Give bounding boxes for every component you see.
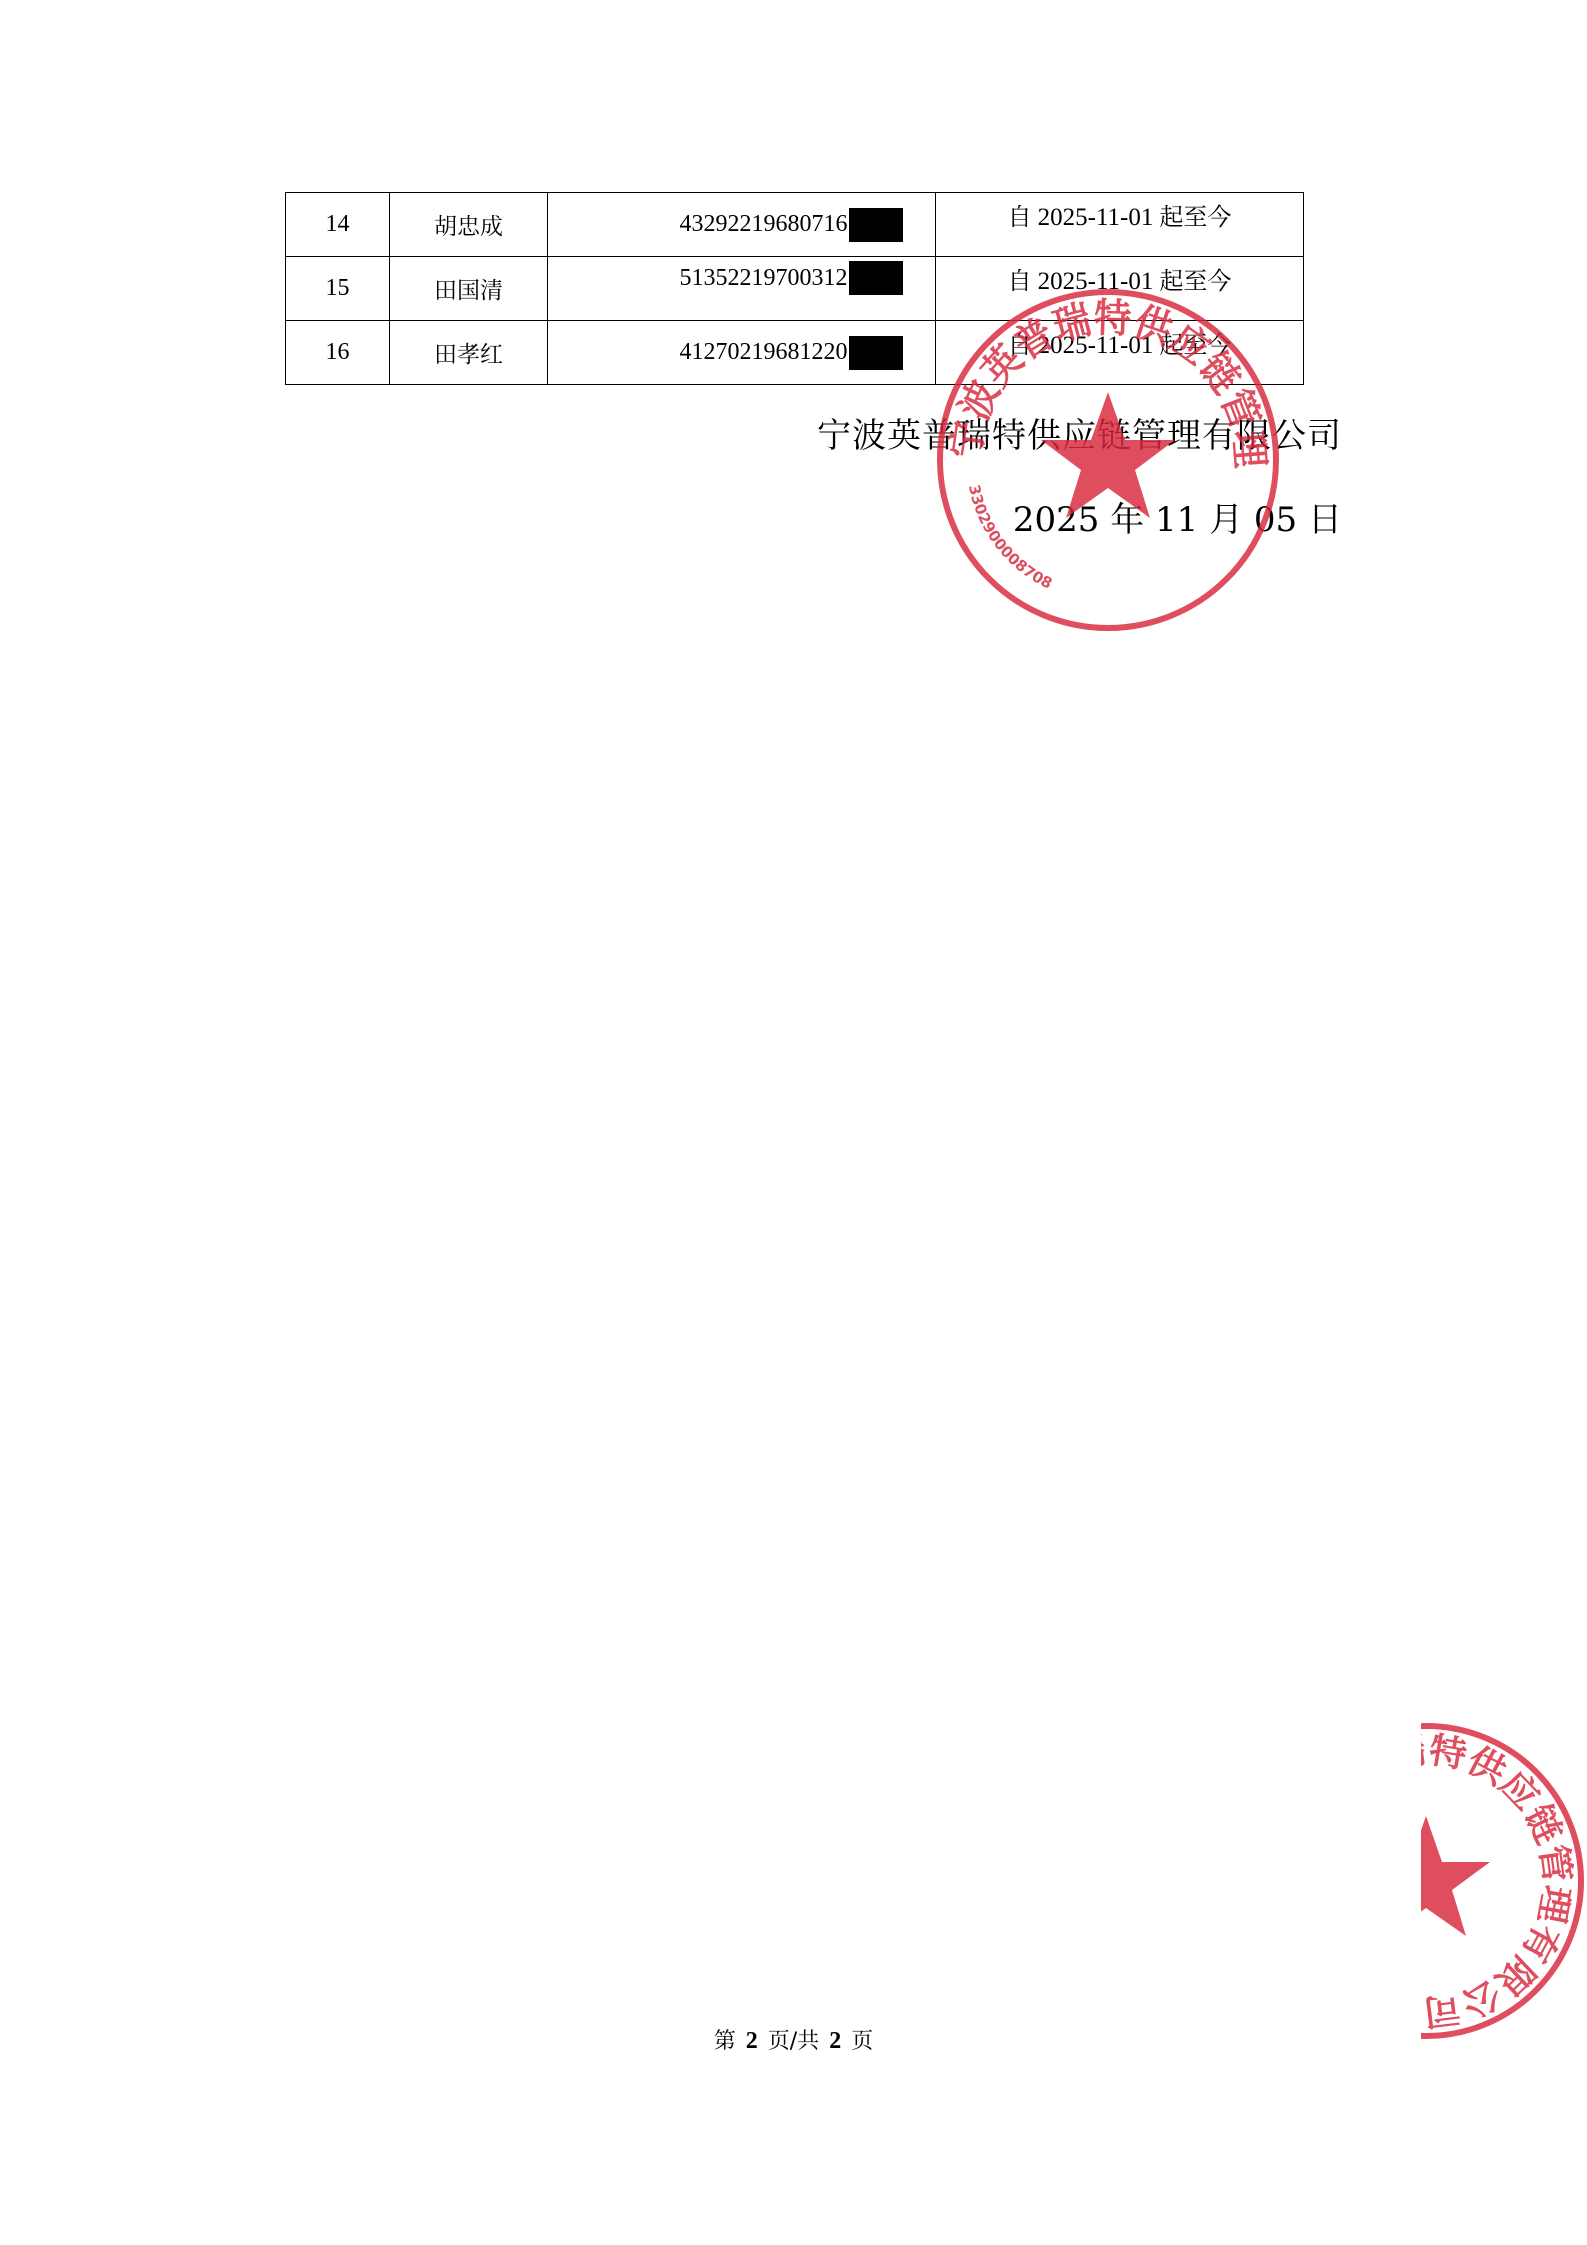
id-number: 43292219680716 (680, 211, 848, 238)
id-number-cell: 43292219680716 (548, 193, 936, 257)
table-row: 16 田孝红 41270219681220 自 2025-11-01 起至今 (286, 321, 1304, 385)
period-suffix: 起至今 (1159, 331, 1231, 359)
row-index: 15 (286, 257, 390, 321)
period-suffix: 起至今 (1159, 203, 1231, 231)
person-name: 田孝红 (390, 321, 548, 385)
redaction-block (849, 261, 903, 295)
row-index: 14 (286, 193, 390, 257)
footer-middle: 页/共 (768, 2029, 819, 2054)
personnel-table: 14 胡忠成 43292219680716 自 2025-11-01 起至今 1… (285, 192, 1304, 385)
document-page: 14 胡忠成 43292219680716 自 2025-11-01 起至今 1… (0, 0, 1587, 2245)
row-index: 16 (286, 321, 390, 385)
table-row: 14 胡忠成 43292219680716 自 2025-11-01 起至今 (286, 193, 1304, 257)
person-name: 胡忠成 (390, 193, 548, 257)
person-name: 田国清 (390, 257, 548, 321)
svg-text:宁波英普瑞特供应链管理有限公司: 宁波英普瑞特供应链管理有限公司 (1421, 1730, 1577, 2032)
current-page-number: 2 (746, 2028, 758, 2054)
period-prefix: 自 (1008, 331, 1032, 359)
redaction-block (849, 336, 903, 370)
id-number: 41270219681220 (680, 339, 848, 366)
employment-period: 自 2025-11-01 起至今 (936, 193, 1304, 257)
page-footer: 第2页/共2页 (0, 2024, 1587, 2055)
period-prefix: 自 (1008, 267, 1032, 295)
period-date: 2025-11-01 (1038, 268, 1154, 295)
signature-date: 2025 年 11 月 05 日 (1013, 492, 1342, 541)
footer-prefix: 第 (714, 2029, 736, 2054)
id-number: 51352219700312 (680, 265, 848, 292)
period-date: 2025-11-01 (1038, 204, 1154, 231)
period-prefix: 自 (1008, 203, 1032, 231)
footer-suffix: 页 (851, 2029, 873, 2054)
period-suffix: 起至今 (1159, 267, 1231, 295)
id-number-cell: 51352219700312 (548, 257, 936, 321)
period-date: 2025-11-01 (1038, 332, 1154, 359)
redaction-block (849, 208, 903, 242)
star-icon (1421, 1816, 1490, 1936)
signature-company: 宁波英普瑞特供应链管理有限公司 (817, 408, 1342, 457)
cross-page-seal: 宁波英普瑞特供应链管理有限公司 (1421, 1716, 1587, 2046)
id-number-cell: 41270219681220 (548, 321, 936, 385)
table-row: 15 田国清 51352219700312 自 2025-11-01 起至今 (286, 257, 1304, 321)
total-pages-number: 2 (829, 2028, 841, 2054)
employment-period: 自 2025-11-01 起至今 (936, 321, 1304, 385)
employment-period: 自 2025-11-01 起至今 (936, 257, 1304, 321)
